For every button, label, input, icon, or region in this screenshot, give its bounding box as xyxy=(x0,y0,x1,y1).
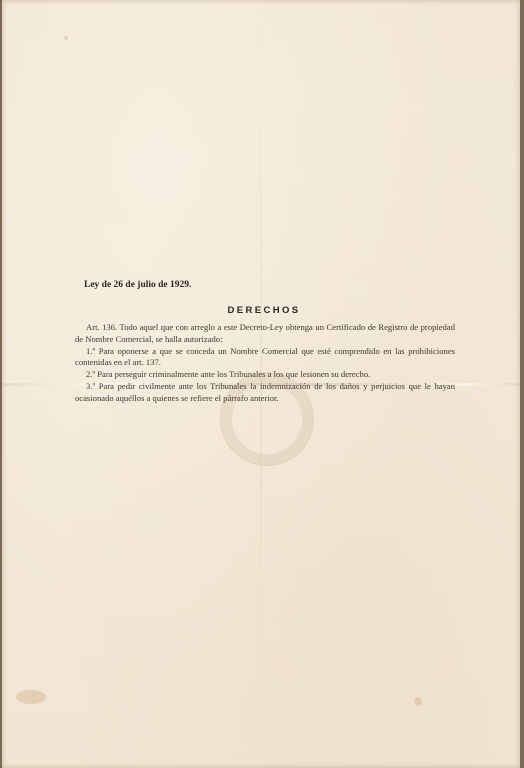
law-date-heading: Ley de 26 de julio de 1929. xyxy=(84,280,191,290)
article-paragraph: 1.º Para oponerse a que se conceda un No… xyxy=(75,346,455,370)
paper-stain xyxy=(414,697,422,706)
section-title: DERECHOS xyxy=(2,305,524,316)
scanned-page: Ley de 26 de julio de 1929. DERECHOS Art… xyxy=(2,0,520,768)
article-paragraph: 3.º Para pedir civilmente ante los Tribu… xyxy=(75,381,455,405)
paper-stain xyxy=(16,690,46,704)
article-paragraph: 2.º Para perseguir criminalmente ante lo… xyxy=(75,369,455,381)
article-body: Art. 136. Todo aquel que con arreglo a e… xyxy=(75,322,455,405)
article-paragraph: Art. 136. Todo aquel que con arreglo a e… xyxy=(75,322,455,346)
paper-stain xyxy=(64,36,68,40)
